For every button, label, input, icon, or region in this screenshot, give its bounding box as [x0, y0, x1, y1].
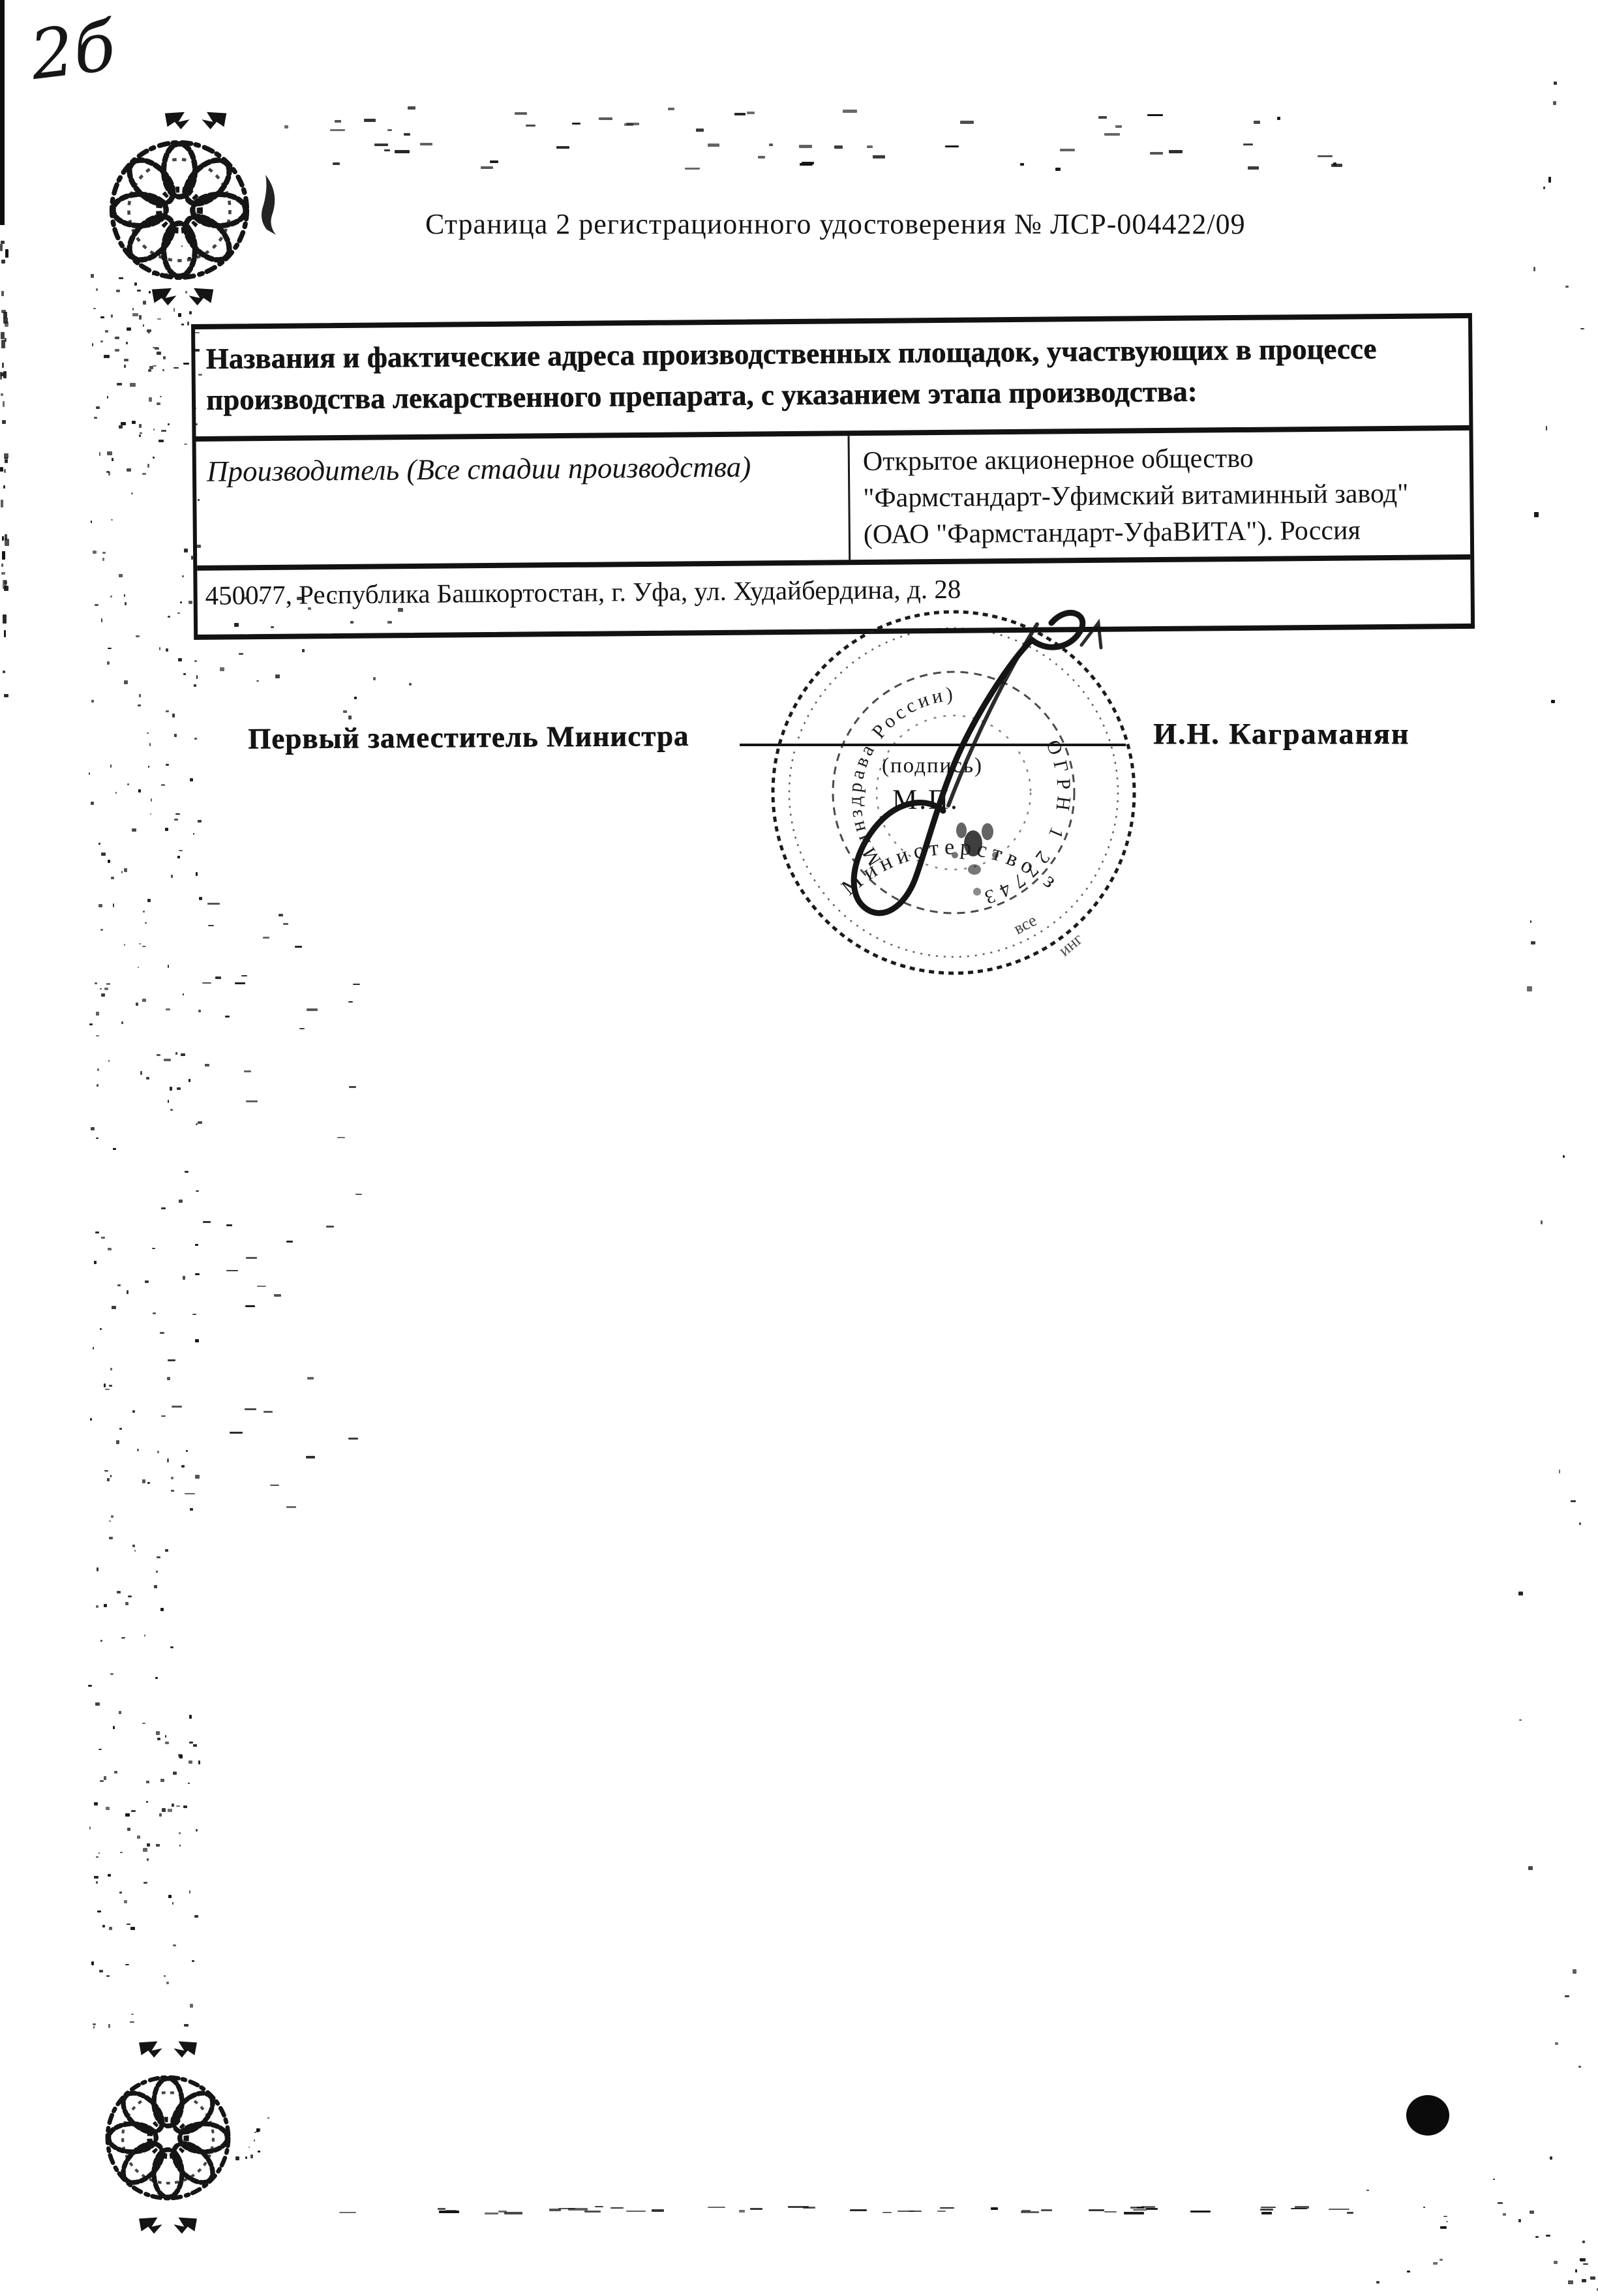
noise-speck [139, 434, 141, 437]
noise-speck [108, 648, 112, 649]
noise-speck [182, 575, 184, 577]
noise-speck [140, 1071, 142, 1075]
noise-speck [1124, 2212, 1144, 2214]
noise-speck [96, 1605, 98, 1608]
noise-speck [1582, 2241, 1585, 2243]
noise-speck [104, 1383, 106, 1387]
noise-speck [1041, 2209, 1052, 2211]
noise-speck [147, 733, 149, 734]
noise-speck [335, 120, 341, 123]
noise-speck [100, 1328, 102, 1330]
noise-speck [188, 1783, 190, 1784]
noise-speck [215, 976, 221, 979]
noise-speck [137, 290, 141, 292]
noise-speck [308, 607, 311, 610]
noise-speck [172, 1804, 174, 1807]
noise-speck [172, 1902, 173, 1905]
noise-speck [127, 1290, 128, 1294]
noise-speck [143, 911, 145, 913]
noise-speck [1318, 155, 1333, 157]
noise-speck [1553, 101, 1556, 105]
noise-speck [108, 2024, 110, 2028]
noise-speck [196, 872, 198, 876]
noise-speck [119, 277, 123, 279]
noise-speck [134, 282, 137, 286]
noise-speck [159, 1813, 162, 1817]
noise-speck [1546, 426, 1547, 430]
noise-speck [188, 257, 191, 259]
noise-speck [250, 2154, 253, 2158]
noise-speck [504, 2212, 522, 2214]
noise-speck [199, 897, 202, 900]
noise-speck [685, 168, 700, 170]
noise-speck [137, 1835, 140, 1839]
noise-speck [138, 967, 139, 968]
noise-speck [485, 2213, 498, 2214]
noise-speck [124, 680, 128, 684]
noise-speck [353, 984, 360, 985]
noise-speck [195, 1244, 198, 1246]
noise-speck [184, 444, 187, 445]
noise-speck [174, 819, 178, 821]
noise-speck [107, 451, 112, 455]
noise-speck [156, 1844, 160, 1847]
noise-speck [1446, 2221, 1448, 2222]
noise-speck [178, 1754, 182, 1757]
noise-speck [178, 658, 182, 661]
noise-speck [127, 783, 129, 785]
noise-speck [140, 432, 142, 434]
noise-speck [439, 2211, 459, 2213]
noise-speck [307, 1377, 314, 1380]
noise-speck [1261, 2212, 1272, 2214]
noise-speck [157, 1738, 160, 1740]
noise-speck [249, 635, 251, 636]
noise-speck [244, 1070, 251, 1072]
noise-speck [1546, 2235, 1550, 2237]
noise-speck [94, 1261, 97, 1264]
noise-speck [241, 975, 247, 976]
noise-speck [105, 330, 108, 333]
noise-speck [148, 369, 151, 372]
noise-speck [349, 1086, 356, 1088]
noise-speck [127, 468, 131, 472]
noise-speck [111, 1515, 113, 1518]
noise-speck [105, 1389, 110, 1390]
noise-speck [867, 145, 873, 148]
noise-speck [91, 1127, 95, 1130]
noise-speck [945, 145, 959, 147]
noise-speck [116, 1440, 119, 1444]
noise-speck [2, 420, 6, 424]
noise-speck [139, 943, 141, 944]
noise-speck [117, 383, 122, 385]
noise-speck [271, 626, 274, 628]
noise-speck [136, 1003, 138, 1006]
noise-speck [198, 1010, 201, 1012]
noise-speck [1518, 1592, 1523, 1595]
noise-speck [258, 2151, 260, 2152]
noise-speck [91, 274, 94, 278]
noise-speck [1104, 2211, 1117, 2213]
noise-speck [125, 1602, 128, 1605]
noise-speck [149, 743, 151, 746]
noise-speck [286, 1241, 293, 1243]
noise-speck [195, 332, 200, 333]
noise-speck [1098, 116, 1107, 119]
noise-speck [260, 599, 263, 601]
noise-speck [1440, 2226, 1447, 2229]
noise-speck [125, 1964, 129, 1965]
noise-speck [181, 324, 184, 325]
noise-speck [1060, 149, 1075, 151]
noise-speck [138, 704, 141, 706]
noise-speck [192, 423, 198, 425]
noise-speck [161, 430, 166, 432]
noise-speck [1423, 2207, 1425, 2208]
noise-speck [124, 944, 125, 946]
noise-speck [195, 1273, 200, 1275]
noise-speck [173, 367, 179, 369]
noise-speck [147, 1482, 150, 1484]
noise-speck [147, 1843, 150, 1847]
noise-speck [192, 1960, 194, 1962]
noise-speck [161, 1207, 166, 1209]
noise-speck [117, 1284, 121, 1286]
noise-speck [1277, 117, 1280, 120]
noise-speck [168, 1359, 175, 1361]
noise-speck [0, 372, 2, 380]
noise-speck [230, 1432, 243, 1434]
noise-speck [334, 597, 335, 600]
noise-speck [1573, 1969, 1576, 1974]
noise-speck [1260, 2209, 1273, 2211]
noise-speck [100, 316, 104, 318]
noise-speck [1169, 150, 1183, 153]
noise-speck [1347, 2212, 1353, 2214]
noise-speck [1133, 2209, 1147, 2211]
noise-speck [130, 2021, 134, 2023]
noise-speck [283, 923, 288, 925]
noise-speck [93, 308, 96, 309]
noise-speck [708, 2207, 725, 2208]
noise-speck [734, 113, 746, 115]
noise-speck [121, 871, 123, 873]
noise-speck [186, 1450, 188, 1452]
noise-speck [279, 914, 283, 916]
noise-speck [110, 596, 112, 597]
noise-speck [387, 129, 392, 131]
noise-speck [295, 946, 302, 948]
noise-speck [189, 311, 192, 314]
noise-speck [1366, 2190, 1369, 2191]
noise-speck [1248, 166, 1259, 170]
noise-speck [937, 2211, 946, 2212]
noise-speck [143, 1882, 147, 1884]
noise-speck [181, 1465, 185, 1468]
noise-speck [131, 2014, 134, 2015]
noise-speck [758, 156, 765, 159]
noise-speck [168, 1100, 169, 1103]
noise-speck [150, 813, 151, 815]
noise-speck [184, 549, 188, 552]
noise-speck [147, 899, 151, 902]
noise-speck [1443, 2216, 1447, 2217]
noise-speck [182, 2051, 185, 2052]
noise-speck [254, 2139, 255, 2141]
noise-speck [843, 110, 857, 113]
noise-speck [115, 337, 119, 339]
noise-speck [183, 1805, 187, 1808]
noise-speck [1021, 2210, 1031, 2212]
noise-speck [339, 2212, 356, 2213]
noise-speck [769, 143, 773, 146]
noise-speck [97, 1567, 98, 1571]
noise-speck [220, 667, 224, 671]
noise-speck [157, 1556, 160, 1558]
noise-speck [652, 2209, 664, 2212]
noise-speck [408, 106, 415, 110]
noise-speck [611, 2207, 624, 2209]
noise-speck [136, 635, 140, 637]
noise-speck [1115, 125, 1122, 128]
noise-speck [195, 1475, 200, 1479]
noise-speck [1503, 2213, 1506, 2216]
noise-speck [147, 464, 149, 468]
noise-speck [3, 485, 5, 489]
noise-speck [1519, 1719, 1522, 1721]
noise-speck [132, 1545, 135, 1547]
noise-speck [108, 860, 110, 863]
noise-speck [183, 1276, 185, 1280]
noise-speck [93, 1347, 94, 1350]
noise-speck [89, 772, 90, 775]
noise-speck [134, 1550, 136, 1552]
noise-speck [119, 1711, 121, 1714]
noise-speck [147, 332, 150, 333]
noise-speck [104, 1604, 107, 1607]
noise-speck [1533, 267, 1535, 271]
noise-speck [398, 608, 403, 612]
noise-speck [177, 1087, 181, 1090]
noise-speck [1583, 2263, 1588, 2265]
noise-speck [100, 988, 102, 989]
noise-speck [284, 125, 288, 128]
noise-speck [166, 764, 169, 766]
noise-speck [708, 143, 719, 147]
noise-speck [205, 1064, 209, 1066]
noise-speck [159, 647, 160, 650]
noise-speck [162, 1808, 166, 1812]
noise-speck [120, 1852, 123, 1853]
noise-speck [1, 291, 4, 296]
noise-speck [167, 1377, 170, 1380]
noise-speck [164, 1059, 171, 1061]
noise-speck [98, 1852, 100, 1854]
noise-speck [188, 1760, 192, 1764]
noise-speck [189, 1742, 193, 1744]
noise-speck [171, 1477, 173, 1479]
noise-speck [198, 374, 202, 376]
noise-speck [192, 1314, 196, 1315]
noise-speck [92, 343, 93, 346]
noise-speck [165, 1549, 168, 1552]
noise-speck [109, 1927, 112, 1930]
noise-speck [196, 675, 198, 679]
noise-speck [115, 792, 117, 794]
noise-speck [307, 1008, 318, 1011]
noise-speck [179, 850, 183, 851]
noise-speck [235, 2156, 239, 2160]
noise-speck [3, 551, 5, 560]
noise-speck [101, 1237, 105, 1239]
noise-speck [163, 356, 166, 359]
noise-speck [188, 1079, 190, 1082]
noise-speck [100, 340, 103, 342]
noise-speck [267, 2117, 269, 2119]
noise-speck [93, 2026, 95, 2029]
noise-speck [1, 332, 5, 339]
noise-speck [1020, 163, 1024, 166]
noise-speck [3, 371, 7, 378]
noise-speck [264, 1411, 273, 1413]
noise-speck [142, 946, 146, 947]
noise-speck [91, 521, 92, 523]
noise-speck [1568, 2280, 1573, 2284]
noise-speck [127, 327, 131, 331]
noise-speck [189, 1890, 190, 1894]
noise-speck [160, 396, 162, 397]
noise-speck [157, 402, 160, 405]
noise-speck [102, 1925, 105, 1927]
noise-speck [4, 630, 6, 637]
noise-speck [147, 1858, 149, 1861]
noise-speck [239, 653, 243, 655]
noise-speck [166, 273, 168, 275]
noise-speck [245, 2156, 247, 2159]
noise-speck [179, 1845, 181, 1847]
noise-speck [171, 1490, 174, 1492]
noise-speck [420, 143, 432, 145]
noise-speck [156, 1731, 160, 1735]
noise-speck [1530, 2211, 1534, 2214]
noise-speck [940, 2207, 954, 2209]
noise-speck [116, 290, 120, 292]
noise-speck [89, 1023, 93, 1025]
noise-speck [124, 1900, 127, 1903]
noise-speck [1548, 177, 1551, 183]
noise-speck [595, 2206, 603, 2207]
noise-speck [1518, 2219, 1521, 2222]
noise-speck [153, 1312, 156, 1314]
noise-speck [1147, 114, 1163, 116]
noise-speck [1571, 1500, 1576, 1502]
noise-speck [117, 1591, 121, 1594]
noise-speck [121, 1637, 125, 1639]
noise-speck [3, 671, 5, 673]
noise-speck [95, 1231, 99, 1233]
noise-speck [95, 1702, 100, 1706]
noise-speck [256, 680, 259, 682]
noise-speck [194, 738, 197, 740]
noise-speck [234, 623, 239, 627]
noise-speck [128, 1595, 132, 1597]
noise-speck [171, 875, 173, 878]
noise-speck [188, 601, 192, 604]
noise-speck [263, 937, 269, 939]
noise-speck [384, 149, 390, 151]
noise-speck [132, 421, 136, 424]
noise-speck [3, 580, 7, 589]
noise-speck [275, 674, 280, 678]
noise-speck [194, 684, 196, 687]
noise-speck [124, 365, 126, 368]
noise-speck [104, 1776, 106, 1780]
noise-speck [113, 1148, 116, 1150]
noise-speck [181, 245, 183, 247]
noise-speck [178, 313, 181, 317]
noise-speck [137, 1449, 139, 1451]
noise-speck [850, 2209, 867, 2211]
noise-speck [167, 1458, 169, 1462]
noise-speck [110, 764, 112, 768]
noise-speck [143, 324, 144, 327]
noise-speck [739, 2210, 745, 2213]
noise-speck [626, 2211, 646, 2212]
noise-speck [249, 2147, 250, 2148]
noise-speck [130, 383, 136, 387]
noise-speck [909, 2211, 922, 2212]
noise-speck [173, 308, 175, 312]
noise-speck [1141, 2206, 1155, 2209]
noise-speck [245, 1408, 256, 1410]
noise-speck [194, 660, 197, 662]
noise-speck [130, 1927, 135, 1930]
noise-speck [1190, 2211, 1211, 2213]
noise-speck [147, 329, 151, 332]
noise-speck [330, 129, 345, 131]
noise-speck [119, 425, 123, 429]
noise-speck [226, 1224, 232, 1226]
noise-speck [142, 1479, 145, 1483]
noise-speck [207, 903, 220, 905]
noise-speck [1554, 2261, 1558, 2264]
noise-speck [168, 1895, 172, 1898]
noise-speck [100, 1640, 102, 1642]
noise-speck [1376, 2281, 1379, 2284]
noise-speck [409, 683, 412, 686]
noise-speck [1559, 1470, 1560, 1473]
noise-speck [183, 363, 189, 365]
noise-speck [354, 697, 357, 699]
noise-speck [104, 988, 108, 990]
noise-speck [94, 1876, 98, 1879]
noise-speck [139, 694, 141, 697]
noise-speck [110, 1475, 112, 1477]
noise-speck [882, 2212, 892, 2213]
noise-speck [191, 556, 193, 560]
noise-speck [157, 1054, 160, 1056]
noise-speck [270, 1485, 279, 1486]
noise-speck [166, 710, 169, 712]
noise-speck [5, 249, 8, 258]
noise-speck [142, 999, 146, 1002]
noise-speck [166, 1982, 169, 1984]
noise-speck [0, 244, 3, 251]
noise-speck [198, 499, 200, 501]
noise-speck [225, 1016, 230, 1018]
noise-speck [348, 716, 352, 719]
